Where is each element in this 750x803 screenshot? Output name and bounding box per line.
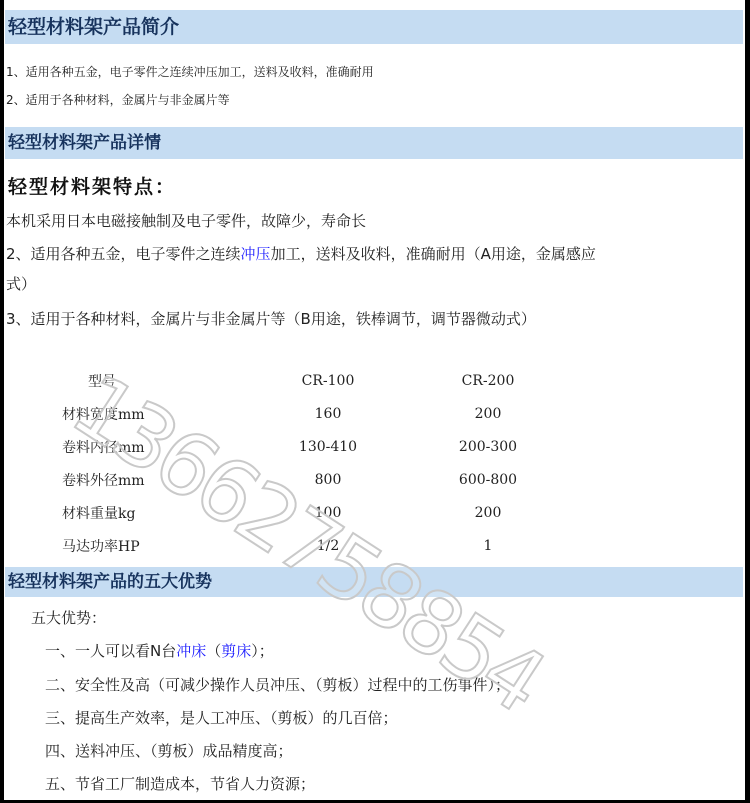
spec-value: 1	[388, 529, 568, 562]
feature-line-3: 3、适用于各种材料，金属片与非金属片等（B用途，铁棒调节，调节器微动式）	[6, 308, 536, 329]
spec-label: 卷料内径mm	[54, 430, 268, 463]
advantage-item-1-post: ）；	[251, 642, 274, 660]
shearing-machine-link[interactable]: 剪床	[221, 642, 251, 660]
intro-line-1: 1、适用各种五金，电子零件之连续冲压加工，送料及收料，准确耐用	[6, 63, 374, 80]
feature-line-2: 2、适用各种五金，电子零件之连续冲压加工，送料及收料，准确耐用（A用途，金属感应	[6, 243, 596, 264]
feature-line-2-post: 加工，送料及收料，准确耐用（A用途，金属感应	[271, 245, 596, 263]
stamping-link[interactable]: 冲压	[241, 245, 271, 263]
advantage-item-1-pre: 一、一人可以看N台	[45, 642, 176, 660]
spec-value: 160	[268, 397, 388, 430]
section-heading-intro: 轻型材料架产品简介	[5, 10, 743, 44]
spec-value: 200	[388, 496, 568, 529]
feature-title: 轻型材料架特点：	[8, 172, 176, 199]
advantage-item-2: 二、安全性及高（可减少操作人员冲压、（剪板）过程中的工伤事件）；	[45, 674, 510, 695]
spec-header-model: 型号	[54, 364, 268, 397]
section-heading-details: 轻型材料架产品详情	[5, 127, 743, 159]
spec-value: 800	[268, 463, 388, 496]
product-page: 轻型材料架产品简介 1、适用各种五金，电子零件之连续冲压加工，送料及收料，准确耐…	[4, 0, 745, 800]
spec-label: 材料宽度mm	[54, 397, 268, 430]
spec-value: 130-410	[268, 430, 388, 463]
advantage-item-1-mid: （	[206, 642, 221, 660]
punch-press-link[interactable]: 冲床	[176, 642, 206, 660]
spec-table: 型号 CR-100 CR-200 材料宽度mm 160 200 卷料内径mm 1…	[54, 364, 568, 562]
table-row: 卷料外径mm 800 600-800	[54, 463, 568, 496]
feature-line-1: 本机采用日本电磁接触制及电子零件，故障少，寿命长	[6, 210, 366, 231]
spec-header-cr100: CR-100	[268, 364, 388, 397]
advantage-item-5: 五、节省工厂制造成本，节省人力资源；	[45, 773, 315, 794]
spec-label: 材料重量kg	[54, 496, 268, 529]
spec-header-cr200: CR-200	[388, 364, 568, 397]
section-heading-advantages: 轻型材料架产品的五大优势	[5, 567, 743, 597]
advantages-subtitle: 五大优势：	[31, 607, 106, 628]
advantage-item-1: 一、一人可以看N台冲床（剪床）；	[45, 640, 274, 661]
table-row: 材料重量kg 100 200	[54, 496, 568, 529]
spec-label: 卷料外径mm	[54, 463, 268, 496]
feature-line-2-wrap: 式）	[6, 273, 36, 294]
spec-label: 马达功率HP	[54, 529, 268, 562]
spec-value: 600-800	[388, 463, 568, 496]
table-row: 马达功率HP 1/2 1	[54, 529, 568, 562]
table-row: 卷料内径mm 130-410 200-300	[54, 430, 568, 463]
spec-value: 1/2	[268, 529, 388, 562]
intro-line-2: 2、适用于各种材料，金属片与非金属片等	[6, 91, 230, 108]
spec-value: 100	[268, 496, 388, 529]
feature-line-2-pre: 2、适用各种五金，电子零件之连续	[6, 245, 241, 263]
spec-value: 200-300	[388, 430, 568, 463]
table-row: 材料宽度mm 160 200	[54, 397, 568, 430]
advantage-item-3: 三、提高生产效率，是人工冲压、（剪板）的几百倍；	[45, 707, 398, 728]
advantage-item-4: 四、送料冲压、（剪板）成品精度高；	[45, 740, 293, 761]
spec-table-header: 型号 CR-100 CR-200	[54, 364, 568, 397]
spec-value: 200	[388, 397, 568, 430]
